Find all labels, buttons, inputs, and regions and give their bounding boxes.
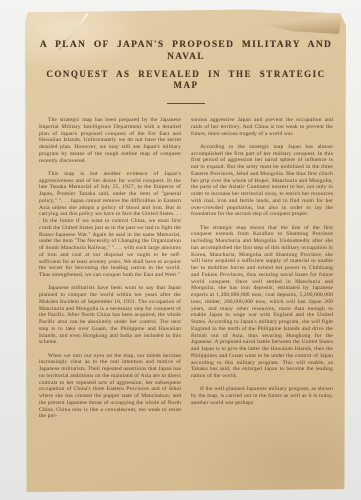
paragraph: The strategic map shows that the line of… — [191, 225, 333, 380]
text-columns: The strategic map has been prepared by t… — [39, 117, 333, 427]
photo-background: A PLAN OF JAPAN'S PROPOSED MILITARY AND … — [0, 0, 361, 500]
title-line-1: A PLAN OF JAPAN'S PROPOSED MILITARY AND … — [39, 39, 333, 63]
paragraph: The strategic map has been prepared by t… — [39, 117, 181, 164]
paragraph: sonous aggressive Japan and prevent the … — [191, 117, 333, 137]
left-column: The strategic map has been prepared by t… — [39, 117, 181, 427]
paragraph: This map is but another evidence of Japa… — [39, 171, 181, 279]
paragraph: According to the strategic map Japan has… — [191, 144, 333, 218]
document-page: A PLAN OF JAPAN'S PROPOSED MILITARY AND … — [25, 9, 346, 492]
paragraph: Japanese militarists have been wont to s… — [39, 285, 181, 346]
title-divider — [167, 103, 205, 104]
paragraph: When we turn our eyes on the map, our mi… — [39, 353, 181, 421]
paragraph: If the well-planned Japanese military pr… — [191, 386, 333, 406]
right-column: sonous aggressive Japan and prevent the … — [191, 117, 333, 427]
document-title: A PLAN OF JAPAN'S PROPOSED MILITARY AND … — [39, 39, 333, 91]
page-content: A PLAN OF JAPAN'S PROPOSED MILITARY AND … — [25, 9, 346, 492]
title-line-2: CONQUEST AS REVEALED IN THE STRATEGIC MA… — [39, 69, 333, 91]
